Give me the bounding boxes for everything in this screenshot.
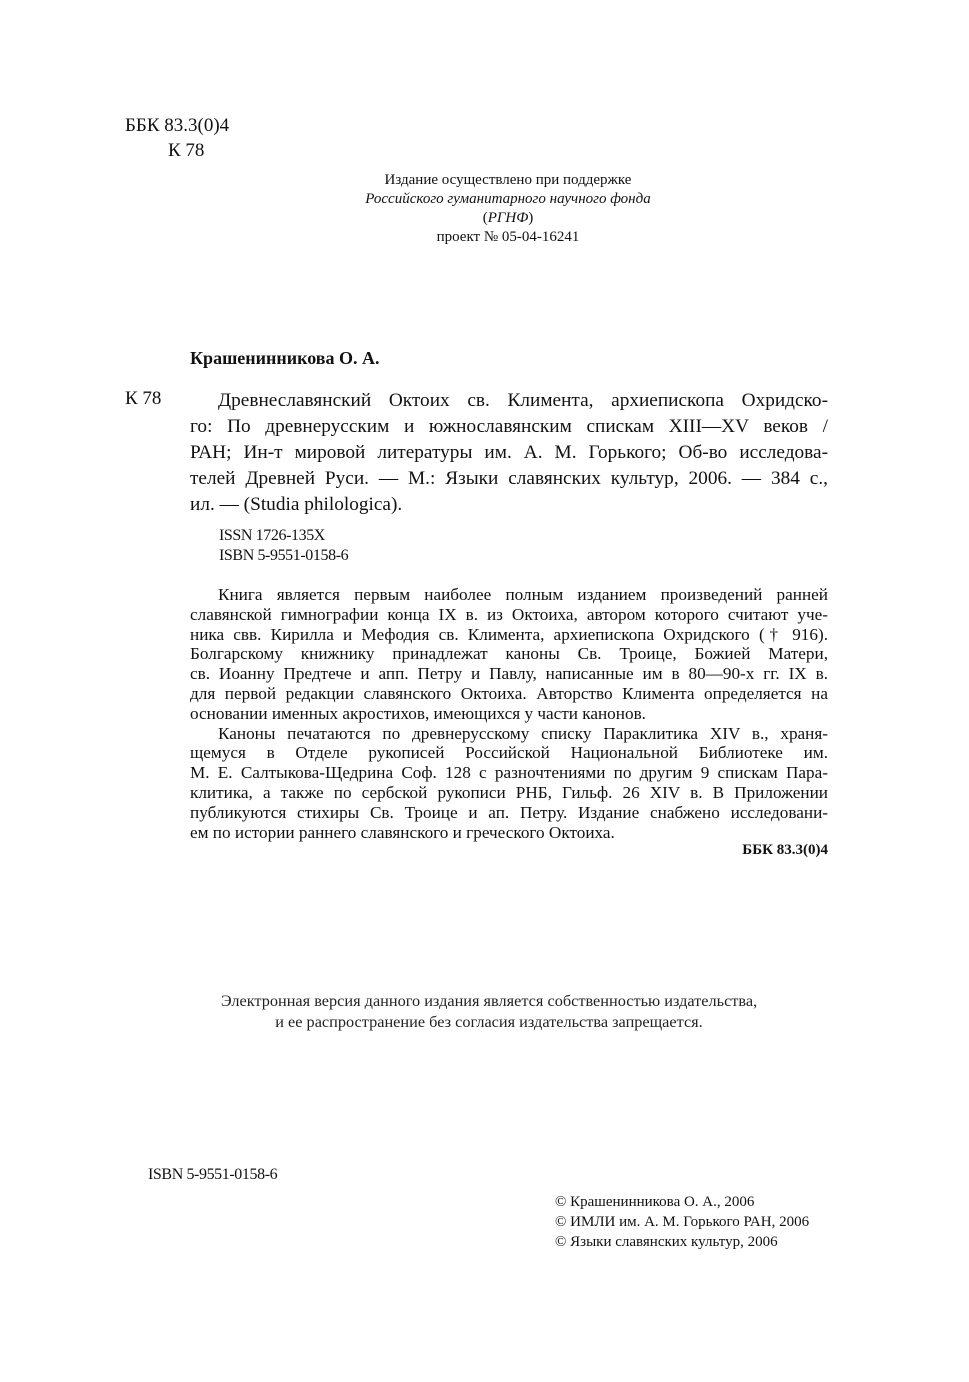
isbn: ISBN 5-9551-0158-6	[219, 546, 348, 566]
abstract-line: основании именных акростихов, имеющихся …	[190, 704, 828, 724]
funding-organization: Российского гуманитарного научного фонда	[308, 190, 708, 209]
entry-line: Древнеславянский Октоих св. Климента, ар…	[190, 388, 828, 414]
funding-abbreviation: (РГНФ)	[308, 209, 708, 228]
entry-line: го: По древнерусским и южнославянским сп…	[190, 414, 828, 440]
abstract-line: ника свв. Кирилла и Мефодия св. Климента…	[190, 625, 828, 645]
entry-author: Крашенинникова О. А.	[190, 348, 380, 369]
notice-line: Электронная версия данного издания являе…	[160, 990, 818, 1011]
identifiers: ISSN 1726-135X ISBN 5-9551-0158-6	[219, 526, 348, 566]
abstract-line: публикуются стихиры Св. Троице и ап. Пет…	[190, 803, 828, 823]
funding-abbr-text: РГНФ	[488, 210, 529, 226]
footer-isbn: ISBN 5-9551-0158-6	[148, 1166, 277, 1184]
abstract-line: М. Е. Салтыкова-Щедрина Соф. 128 с разно…	[190, 763, 828, 783]
abstract-line: Каноны печатаются по древнерусскому спис…	[190, 724, 828, 744]
entry-line: телей Древней Руси. — М.: Языки славянск…	[190, 466, 828, 492]
issn: ISSN 1726-135X	[219, 526, 348, 546]
copyright-line: © Языки славянских культур, 2006	[555, 1232, 809, 1252]
abstract-line: ем по истории раннего славянского и греч…	[190, 823, 828, 843]
funding-line: Издание осуществлено при поддержке	[308, 171, 708, 190]
author-mark: К 78	[168, 140, 204, 162]
abstract-line: клитика, а также по сербской рукописи РН…	[190, 783, 828, 803]
abstract-line: Болгарскому книжнику принадлежат каноны …	[190, 644, 828, 664]
abstract: Книга является первым наиболее полным из…	[190, 585, 828, 842]
copyright-line: © ИМЛИ им. А. М. Горького РАН, 2006	[555, 1212, 809, 1232]
funding-project-number: проект № 05-04-16241	[308, 228, 708, 247]
abstract-line: Книга является первым наиболее полным из…	[190, 585, 828, 605]
notice-line: и ее распространение без согласия издате…	[160, 1011, 818, 1032]
bbk-classification-bottom: ББК 83.3(0)4	[742, 842, 828, 859]
abstract-line: щемуся в Отделе рукописей Российской Нац…	[190, 743, 828, 763]
bibliographic-entry: Древнеславянский Октоих св. Климента, ар…	[190, 388, 828, 518]
copyright-line: © Крашенинникова О. А., 2006	[555, 1192, 809, 1212]
entry-mark: К 78	[125, 388, 161, 410]
funding-note: Издание осуществлено при поддержке Росси…	[308, 171, 708, 247]
entry-line: ил. — (Studia philologica).	[190, 492, 828, 518]
entry-line: РАН; Ин-т мировой литературы им. А. М. Г…	[190, 440, 828, 466]
bbk-classification: ББК 83.3(0)4	[125, 115, 229, 137]
abstract-line: св. Иоанну Предтече и апп. Петру и Павлу…	[190, 664, 828, 684]
copyright-holders: © Крашенинникова О. А., 2006 © ИМЛИ им. …	[555, 1192, 809, 1252]
abstract-line: славянской гимнографии конца IX в. из Ок…	[190, 605, 828, 625]
abstract-line: для первой редакции славянского Октоиха.…	[190, 684, 828, 704]
copyright-notice: Электронная версия данного издания являе…	[160, 990, 818, 1032]
